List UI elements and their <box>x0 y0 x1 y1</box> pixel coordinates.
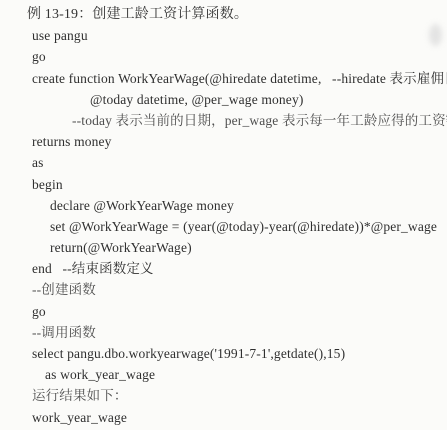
code-line-use-database: use pangu <box>32 25 447 46</box>
code-line-begin: begin <box>32 174 447 195</box>
code-line-returns: returns money <box>32 131 447 152</box>
code-line-declare: declare @WorkYearWage money <box>50 195 447 216</box>
code-line-select: select pangu.dbo.workyearwage('1991-7-1'… <box>32 343 447 364</box>
result-column-header: work_year_wage <box>32 407 447 428</box>
code-line-call-comment: --调用函数 <box>32 322 447 343</box>
code-line-as: as <box>32 152 447 173</box>
scan-artifact <box>429 24 442 46</box>
code-line-create-comment: --创建函数 <box>32 279 447 300</box>
result-caption: 运行结果如下： <box>32 385 447 406</box>
example-title: 例 13-19：创建工龄工资计算函数。 <box>27 4 447 25</box>
code-line-return: return(@WorkYearWage) <box>50 237 447 258</box>
code-line-params-comment: --today 表示当前的日期，per_wage 表示每一年工龄应得的工资额 <box>72 110 447 131</box>
code-line-alias: as work_year_wage <box>45 364 447 385</box>
code-line-create-function: create function WorkYearWage(@hiredate d… <box>32 68 447 89</box>
code-line-set: set @WorkYearWage = (year(@today)-year(@… <box>50 216 447 237</box>
code-line-end: end --结束函数定义 <box>32 258 447 279</box>
scanned-document-page: 例 13-19：创建工龄工资计算函数。 use pangu go create … <box>0 0 447 430</box>
code-line-go: go <box>32 46 447 67</box>
code-line-function-params: @today datetime, @per_wage money) <box>90 89 447 110</box>
code-line-go-2: go <box>32 301 447 322</box>
